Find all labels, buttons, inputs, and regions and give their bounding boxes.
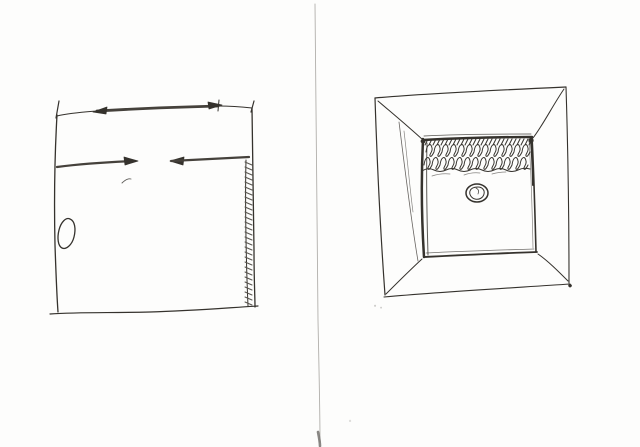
- persp-inner-top-edge-2: [424, 134, 531, 136]
- persp-inner-corner-blob-tl: [421, 139, 425, 143]
- persp-inner-left-edge: [422, 139, 424, 257]
- plan-dim-tick-right: [218, 100, 219, 111]
- persp-left-wall-crease-1: [399, 122, 418, 261]
- plan-dim-arrow-right: [208, 102, 222, 109]
- plan-top-edge-left: [57, 111, 97, 116]
- persp-diagonal-top-right: [533, 89, 564, 138]
- plan-door-oval: [58, 219, 75, 249]
- persp-outer-left: [375, 98, 385, 295]
- persp-inner-bottom-edge: [424, 252, 537, 257]
- persp-drain-curl: [476, 188, 479, 194]
- plan-right-wall: [252, 108, 255, 307]
- perspective-view-sketch: [374, 87, 571, 308]
- sketch-canvas: [0, 0, 640, 447]
- plan-top-edge-right: [218, 106, 252, 108]
- plan-stray-mark: [122, 179, 131, 183]
- sketchbook-page: [0, 0, 640, 447]
- persp-inner-left-edge-2: [427, 143, 428, 255]
- plan-view-sketch: [50, 100, 258, 314]
- persp-diagonal-bottom-left: [386, 259, 422, 294]
- persp-band-scribble-row-2: [424, 158, 528, 170]
- plan-inner-wall-left: [57, 161, 134, 167]
- persp-band-tails: [432, 172, 506, 176]
- paper-speck: [349, 420, 351, 422]
- plan-dim-arrow-left: [93, 107, 107, 114]
- persp-outer-top: [375, 87, 566, 98]
- plan-inner-arrow-left-end: [124, 157, 138, 165]
- plan-left-wall: [55, 115, 58, 312]
- page-fold-smudge: [318, 432, 320, 446]
- persp-outer-bottom: [384, 284, 570, 297]
- page-fold-line: [315, 4, 351, 446]
- plan-top-dimension-line: [97, 106, 218, 111]
- page-fold-line: [315, 4, 320, 442]
- persp-band-scribble-row-1: [426, 145, 530, 157]
- persp-floor-speckles: [374, 305, 382, 308]
- persp-diagonal-bottom-right: [538, 254, 568, 281]
- plan-bottom-edge: [50, 306, 258, 314]
- persp-corner-dot: [568, 284, 571, 287]
- persp-outer-right: [566, 87, 569, 283]
